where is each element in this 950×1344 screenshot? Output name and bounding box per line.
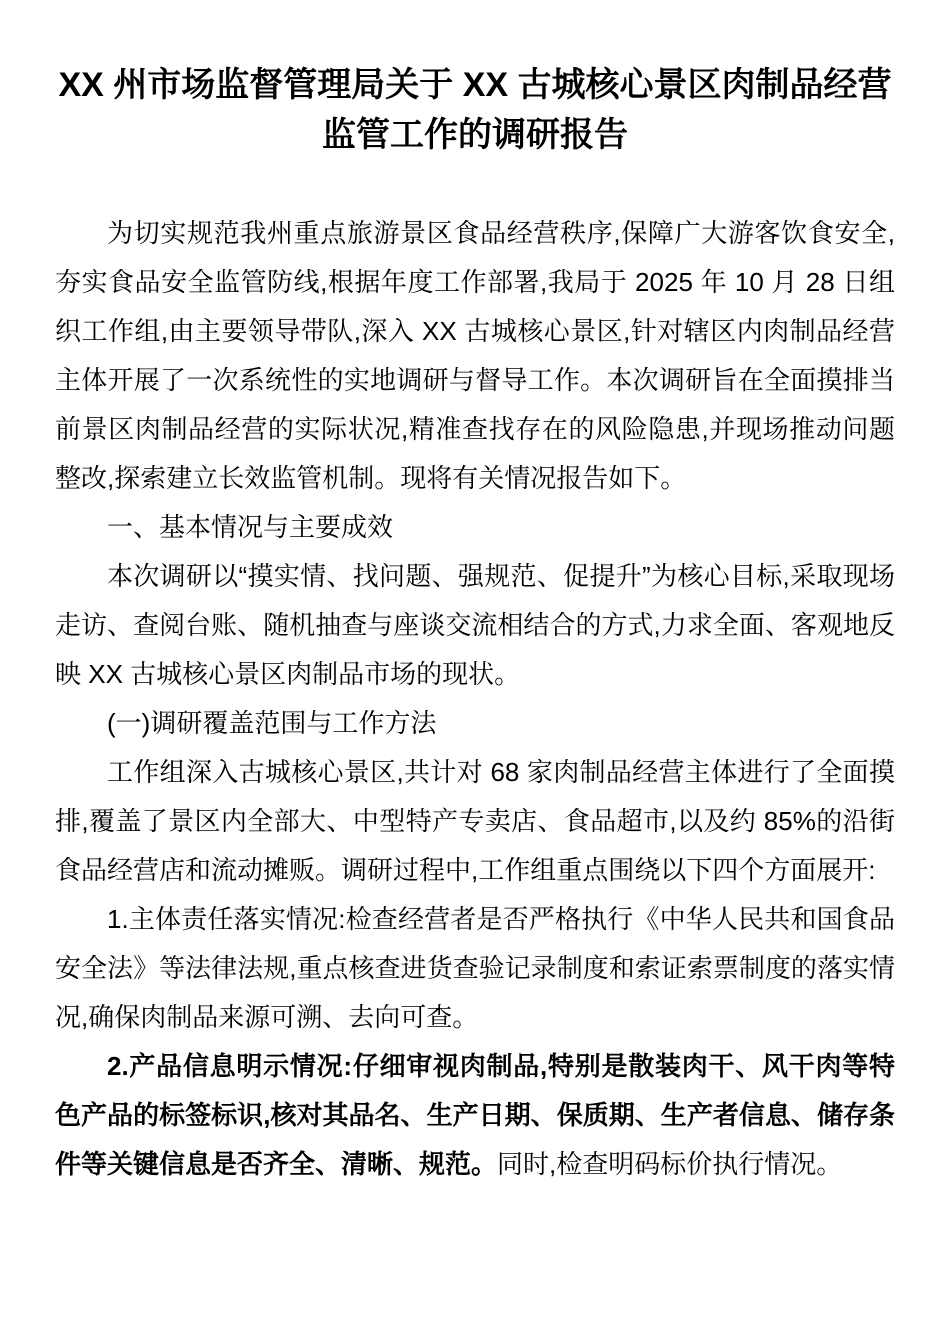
subsection-heading-coverage-method: (一)调研覆盖范围与工作方法 xyxy=(55,699,895,748)
paragraph-item-1-responsibility: 1.主体责任落实情况:检查经营者是否严格执行《中华人民共和国食品安全法》等法律法… xyxy=(55,895,895,1042)
paragraph-survey-goal: 本次调研以“摸实情、找问题、强规范、促提升”为核心目标,采取现场走访、查阅台账、… xyxy=(55,552,895,699)
paragraph-item-2-product-info: 2.产品信息明示情况:仔细审视肉制品,特别是散装肉干、风干肉等特色产品的标签标识… xyxy=(55,1042,895,1189)
document-page: XX 州市场监督管理局关于 XX 古城核心景区肉制品经营监管工作的调研报告 为切… xyxy=(0,0,950,1344)
document-title: XX 州市场监督管理局关于 XX 古城核心景区肉制品经营监管工作的调研报告 xyxy=(55,60,895,160)
section-heading-basic-situation: 一、基本情况与主要成效 xyxy=(55,503,895,552)
paragraph-item-2-regular-run: 同时,检查明码标价执行情况。 xyxy=(497,1149,842,1179)
paragraph-coverage-scope: 工作组深入古城核心景区,共计对 68 家肉制品经营主体进行了全面摸排,覆盖了景区… xyxy=(55,748,895,895)
document-body: 为切实规范我州重点旅游景区食品经营秩序,保障广大游客饮食安全,夯实食品安全监管防… xyxy=(55,209,895,1189)
paragraph-intro: 为切实规范我州重点旅游景区食品经营秩序,保障广大游客饮食安全,夯实食品安全监管防… xyxy=(55,209,895,503)
